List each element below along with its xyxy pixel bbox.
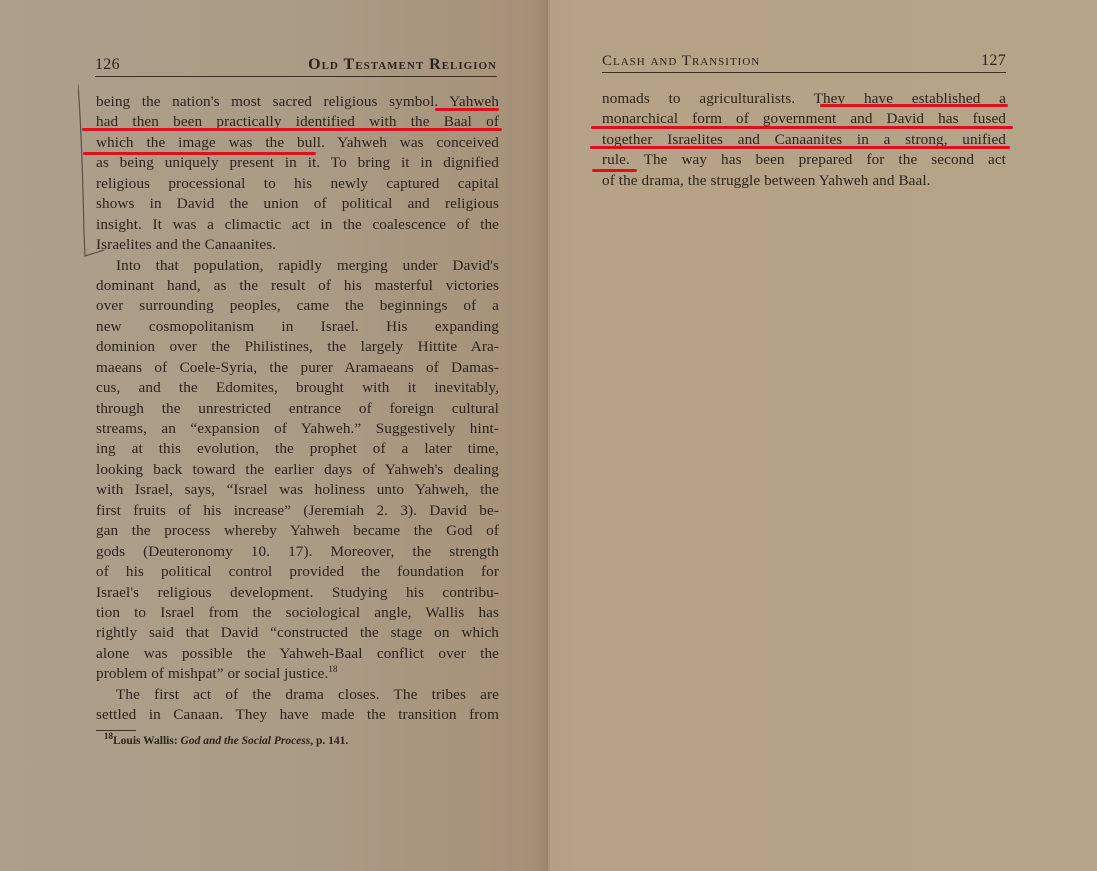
right-running-title: Clash and Transition: [602, 53, 760, 70]
text-line: which the image was the bull. Yahweh was…: [96, 133, 499, 153]
footnote-reference: 18: [328, 664, 337, 674]
page-number-right: 127: [981, 52, 1006, 70]
text-line: alone was possible the Yahweh-Baal confl…: [96, 644, 499, 664]
text-line: with Israel, says, “Israel was holiness …: [96, 480, 499, 500]
text-line: new cosmopolitanism in Israel. His expan…: [96, 317, 499, 337]
text-line: through the unrestricted entrance of for…: [96, 399, 499, 419]
text-line: streams, an “expansion of Yahweh.” Sugge…: [96, 419, 499, 439]
footnote-author: Louis Wallis:: [113, 735, 181, 747]
footnote-number: 18: [104, 731, 113, 741]
text-line: The first act of the drama closes. The t…: [96, 685, 499, 705]
red-underline-annotation: [592, 169, 637, 172]
text-line: tion to Israel from the sociological ang…: [96, 603, 499, 623]
red-underline-annotation: [820, 104, 1008, 107]
red-underline-annotation: [591, 126, 1013, 129]
text-line: ing at this evolution, the prophet of a …: [96, 439, 499, 459]
red-underline-annotation: [435, 108, 499, 111]
text-line-with-footnote-ref: problem of mishpat” or social justice.18: [96, 664, 499, 684]
text-line: cus, and the Edomites, brought with it i…: [96, 378, 499, 398]
text-line: rule. The way has been prepared for the …: [602, 150, 1006, 170]
book-gutter: [538, 0, 550, 871]
text-line: over surrounding peoples, came the begin…: [96, 296, 499, 316]
footnote-rule: [96, 730, 136, 731]
text-line: shows in David the union of political an…: [96, 194, 499, 214]
text-line: gods (Deuteronomy 10. 17). Moreover, the…: [96, 542, 499, 562]
text-line: Israelites and the Canaanites.: [96, 235, 499, 255]
text-line: rightly said that David “constructed the…: [96, 623, 499, 643]
text-line: Into that population, rapidly merging un…: [96, 256, 499, 276]
text-line: gan the process whereby Yahweh became th…: [96, 521, 499, 541]
text-line: of his political control provided the fo…: [96, 562, 499, 582]
footnote-page: , p. 141.: [310, 735, 348, 747]
footnote-title: God and the Social Process: [181, 735, 311, 747]
footnote: 18Louis Wallis: God and the Social Proce…: [104, 735, 348, 747]
text-line: looking back toward the earlier days of …: [96, 460, 499, 480]
pencil-bracket-annotation: [78, 84, 108, 264]
right-running-head: Clash and Transition 127: [602, 48, 1006, 73]
text-line: religious processional to his newly capt…: [96, 174, 499, 194]
text-line: Israel's religious development. Studying…: [96, 583, 499, 603]
text-line: problem of mishpat” or social justice.: [96, 665, 328, 682]
text-line: first fruits of his increase” (Jeremiah …: [96, 501, 499, 521]
text-line: maeans of Coele-Syria, the purer Aramaea…: [96, 358, 499, 378]
red-underline-annotation: [83, 152, 316, 155]
text-line: dominant hand, as the result of his mast…: [96, 276, 499, 296]
page-number-left: 126: [95, 56, 120, 74]
red-underline-annotation: [590, 146, 1010, 149]
left-running-title: Old Testament Religion: [308, 56, 497, 74]
text-line: as being uniquely present in it. To brin…: [96, 153, 499, 173]
text-line: settled in Canaan. They have made the tr…: [96, 705, 499, 725]
text-line: of the drama, the struggle between Yahwe…: [602, 171, 1006, 191]
left-page-body: being the nation's most sacred religious…: [96, 92, 499, 726]
red-underline-annotation: [82, 128, 502, 131]
text-line: insight. It was a climactic act in the c…: [96, 215, 499, 235]
text-line: dominion over the Philistines, the large…: [96, 337, 499, 357]
left-running-head: 126 Old Testament Religion: [95, 52, 497, 77]
